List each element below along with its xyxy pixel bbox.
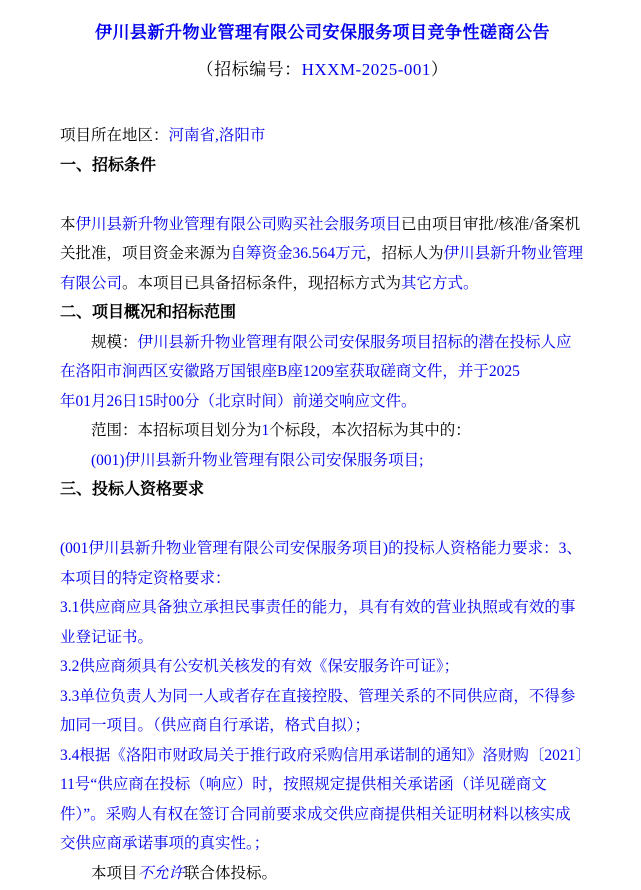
s1-tender-method-value: 其它方式。 xyxy=(401,275,479,292)
section-2-heading: 二、项目概况和招标范围 xyxy=(60,298,585,328)
lot-001-line: (001)伊川县新升物业管理有限公司安保服务项目; xyxy=(60,446,585,476)
joint-bid-not-allowed-value: 不允许 xyxy=(138,865,185,882)
qualification-item-3-3: 3.3单位负责人为同一人或者存在直接控股、管理关系的不同供应商，不得参加同一项目… xyxy=(60,682,585,741)
tender-announcement-document: 伊川县新升物业管理有限公司安保服务项目竞争性磋商公告 （招标编号：HXXM-20… xyxy=(0,0,641,890)
s1-funding-source-value: 自筹资金36.564万元 xyxy=(231,245,367,262)
section-3-heading: 三、投标人资格要求 xyxy=(60,475,585,505)
s1-text-0: 本 xyxy=(60,216,76,233)
scale-text-part1: 伊川县新升物业管理有限公司安保服务项目招标的潜在投标人应在洛阳市涧西区安徽路万国… xyxy=(60,334,572,381)
s1-text-4: ，招标人为 xyxy=(366,245,444,262)
scope-text-2: 个标段，本次招标为其中的： xyxy=(269,422,471,439)
tender-number-value: HXXM-2025-001 xyxy=(302,60,431,79)
s1-text-6: 。本项目已具备招标条件，现招标方式为 xyxy=(122,275,401,292)
project-region-value: 河南省,洛阳市 xyxy=(169,127,266,144)
s1-project-name-link: 伊川县新升物业管理有限公司购买社会服务项目 xyxy=(76,216,402,233)
qualification-item-3-2: 3.2供应商须具有公安机关核发的有效《保安服务许可证》； xyxy=(60,652,585,682)
tender-number-suffix: ） xyxy=(431,60,449,79)
tender-number-prefix: （招标编号： xyxy=(197,60,302,79)
qualification-item-3-1: 3.1供应商应具备独立承担民事责任的能力，具有有效的营业执照或有效的事业登记证书… xyxy=(60,593,585,652)
joint-bid-line: 本项目不允许联合体投标。 xyxy=(60,859,585,889)
project-region-line: 项目所在地区：河南省,洛阳市 xyxy=(60,121,585,151)
section-1-heading: 一、招标条件 xyxy=(60,151,585,181)
scope-text-0: 范围：本招标项目划分为 xyxy=(91,422,262,439)
joint-bid-text-2: 联合体投标。 xyxy=(184,865,277,882)
joint-bid-text-0: 本项目 xyxy=(91,865,138,882)
scale-label: 规模： xyxy=(91,334,138,351)
tender-conditions-paragraph: 本伊川县新升物业管理有限公司购买社会服务项目已由项目审批/核准/备案机关批准，项… xyxy=(60,210,585,299)
qualification-item-3-4: 3.4根据《洛阳市财政局关于推行政府采购信用承诺制的通知》洛财购〔2021〕11… xyxy=(60,741,585,859)
page-title: 伊川县新升物业管理有限公司安保服务项目竞争性磋商公告 xyxy=(60,18,585,48)
scale-paragraph: 规模：伊川县新升物业管理有限公司安保服务项目招标的潜在投标人应在洛阳市涧西区安徽… xyxy=(60,328,585,417)
scope-line: 范围：本招标项目划分为1个标段，本次招标为其中的： xyxy=(60,416,585,446)
tender-number-line: （招标编号：HXXM-2025-001） xyxy=(60,55,585,85)
project-region-label: 项目所在地区： xyxy=(60,127,169,144)
qualification-intro-paragraph: (001伊川县新升物业管理有限公司安保服务项目)的投标人资格能力要求：3、本项目… xyxy=(60,534,585,593)
scale-text-part2: 年01月26日15时00分（北京时间）前递交响应文件。 xyxy=(60,393,417,410)
